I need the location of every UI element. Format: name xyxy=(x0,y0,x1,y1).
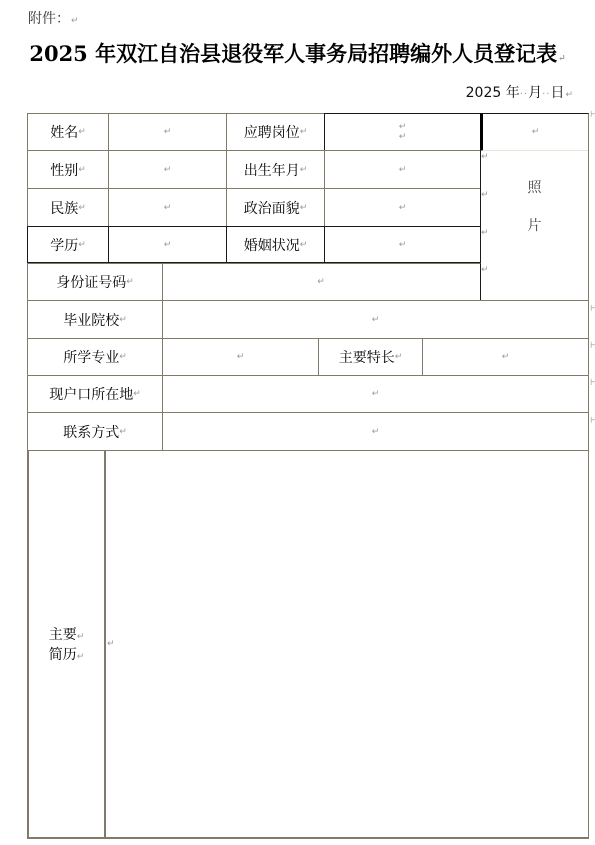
label-ethnicity: 民族↵ xyxy=(27,188,109,227)
input-position[interactable]: ↵↵ xyxy=(324,113,481,151)
row-mark: ↵ xyxy=(481,265,489,275)
input-specialty[interactable]: ↵ xyxy=(422,338,589,376)
label-gender: 性别↵ xyxy=(27,150,109,189)
input-political-status[interactable]: ↵ xyxy=(324,188,481,227)
photo-header-cell: ↵ xyxy=(480,113,589,151)
attachment-label: 附件：↵ xyxy=(28,8,79,28)
input-id-number[interactable]: ↵ xyxy=(162,263,481,301)
label-resume: 主要↵ 简历↵ xyxy=(27,450,105,839)
input-marital-status[interactable]: ↵ xyxy=(324,226,481,264)
page-title: 2025 年双江自治县退役军人事务局招聘编外人员登记表↵ xyxy=(0,38,595,68)
row-end-mark: ⊢ xyxy=(590,304,595,314)
row-end-mark: ⊢ xyxy=(590,416,595,426)
input-gender[interactable]: ↵ xyxy=(108,150,227,189)
input-ethnicity[interactable]: ↵ xyxy=(108,188,227,227)
input-contact[interactable]: ↵ xyxy=(162,412,589,451)
label-position: 应聘岗位↵ xyxy=(226,113,325,151)
label-political-status: 政治面貌↵ xyxy=(226,188,325,227)
row-mark: ↵ xyxy=(481,228,489,238)
row-end-mark: ⊢ xyxy=(590,378,595,388)
row-end-mark: ⊢ xyxy=(590,341,595,351)
label-school: 毕业院校↵ xyxy=(27,300,163,339)
input-resume[interactable]: ↵ xyxy=(104,450,589,839)
photo-cell[interactable]: 照 片 xyxy=(480,150,589,301)
label-contact: 联系方式↵ xyxy=(27,412,163,451)
row-end-mark: ⊢ xyxy=(590,110,595,120)
label-major: 所学专业↵ xyxy=(27,338,163,376)
date-line: 2025 年··月··日↵ xyxy=(466,82,573,102)
input-major[interactable]: ↵ xyxy=(162,338,319,376)
label-name: 姓名↵ xyxy=(27,113,109,151)
label-marital-status: 婚姻状况↵ xyxy=(226,226,325,264)
label-specialty: 主要特长↵ xyxy=(318,338,423,376)
row-mark: ↵ xyxy=(481,152,489,162)
label-education: 学历↵ xyxy=(27,226,109,264)
row-mark: ↵ xyxy=(481,190,489,200)
input-school[interactable]: ↵ xyxy=(162,300,589,339)
label-id-number: 身份证号码↵ xyxy=(27,263,163,301)
input-name[interactable]: ↵ xyxy=(108,113,227,151)
label-residence: 现户口所在地↵ xyxy=(27,375,163,413)
input-residence[interactable]: ↵ xyxy=(162,375,589,413)
input-birth-date[interactable]: ↵ xyxy=(324,150,481,189)
input-education[interactable]: ↵ xyxy=(108,226,227,264)
label-birth-date: 出生年月↵ xyxy=(226,150,325,189)
